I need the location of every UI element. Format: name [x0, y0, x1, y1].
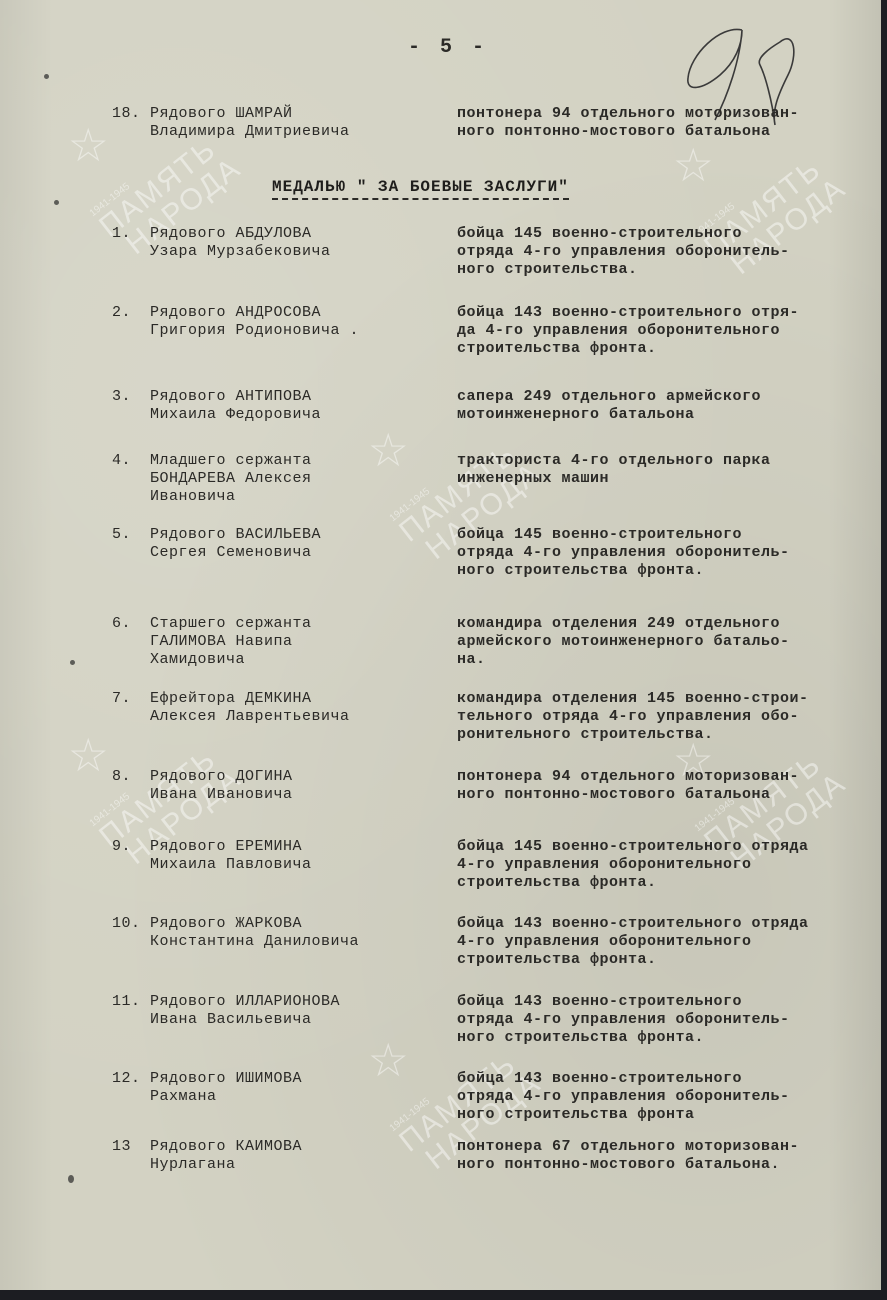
entry-unit: командира отделения 145 военно-строи- те…	[457, 690, 877, 744]
entry-number: 18.	[112, 105, 148, 123]
entry-name: Рядового ЖАРКОВА Константина Даниловича	[150, 915, 440, 951]
entry-name: Рядового АБДУЛОВА Узара Мурзабековича	[150, 225, 440, 261]
entry-unit: понтонера 94 отдельного моторизован- ног…	[457, 105, 877, 141]
entry-number: 4.	[112, 452, 148, 470]
entry-unit: бойца 143 военно-строительного отря- да …	[457, 304, 877, 358]
entry-name: Рядового АНДРОСОВА Григория Родионовича …	[150, 304, 440, 340]
paper-speck	[70, 660, 75, 665]
entry-unit: сапера 249 отдельного армейского мотоинж…	[457, 388, 877, 424]
entry-name: Рядового ВАСИЛЬЕВА Сергея Семеновича	[150, 526, 440, 562]
paper-speck	[54, 200, 59, 205]
page-number: - 5 -	[408, 36, 488, 59]
entry-unit: тракториста 4-го отдельного парка инжене…	[457, 452, 877, 488]
entry-number: 8.	[112, 768, 148, 786]
entry-unit: бойца 143 военно-строительного отряда 4-…	[457, 915, 877, 969]
entry-name: Старшего сержанта ГАЛИМОВА Навипа Хамидо…	[150, 615, 440, 669]
entry-name: Ефрейтора ДЕМКИНА Алексея Лаврентьевича	[150, 690, 440, 726]
entry-unit: понтонера 94 отдельного моторизован- ног…	[457, 768, 877, 804]
paper-speck	[68, 1175, 74, 1183]
paper-speck	[44, 74, 49, 79]
entry-name: Рядового ИШИМОВА Рахмана	[150, 1070, 440, 1106]
entry-name: Рядового ШАМРАЙ Владимира Дмитриевича	[150, 105, 440, 141]
entry-name: Рядового ЕРЕМИНА Михаила Павловича	[150, 838, 440, 874]
entry-number: 6.	[112, 615, 148, 633]
entry-number: 2.	[112, 304, 148, 322]
entry-number: 10.	[112, 915, 148, 933]
entry-number: 3.	[112, 388, 148, 406]
entry-unit: бойца 143 военно-строительного отряда 4-…	[457, 993, 877, 1047]
entry-unit: бойца 145 военно-строительного отряда 4-…	[457, 225, 877, 279]
section-heading: МЕДАЛЬЮ " ЗА БОЕВЫЕ ЗАСЛУГИ"	[272, 178, 569, 200]
entry-unit: командира отделения 249 отдельного армей…	[457, 615, 877, 669]
document-page: ☆ 1941-1945 ПАМЯТЬ НАРОДА ☆ 1941-1945 ПА…	[0, 0, 881, 1290]
entry-number: 5.	[112, 526, 148, 544]
entry-number: 11.	[112, 993, 148, 1011]
entry-name: Младшего сержанта БОНДАРЕВА Алексея Иван…	[150, 452, 440, 506]
entry-number: 1.	[112, 225, 148, 243]
entry-number: 7.	[112, 690, 148, 708]
entry-unit: бойца 143 военно-строительного отряда 4-…	[457, 1070, 877, 1124]
entry-name: Рядового ИЛЛАРИОНОВА Ивана Васильевича	[150, 993, 440, 1029]
entry-name: Рядового ДОГИНА Ивана Ивановича	[150, 768, 440, 804]
entry-name: Рядового КАИМОВА Нурлагана	[150, 1138, 440, 1174]
entry-number: 12.	[112, 1070, 148, 1088]
entry-number: 13	[112, 1138, 148, 1156]
entry-unit: бойца 145 военно-строительного отряда 4-…	[457, 526, 877, 580]
entry-name: Рядового АНТИПОВА Михаила Федоровича	[150, 388, 440, 424]
entry-number: 9.	[112, 838, 148, 856]
entry-unit: понтонера 67 отдельного моторизован- ног…	[457, 1138, 877, 1174]
entry-unit: бойца 145 военно-строительного отряда 4-…	[457, 838, 877, 892]
